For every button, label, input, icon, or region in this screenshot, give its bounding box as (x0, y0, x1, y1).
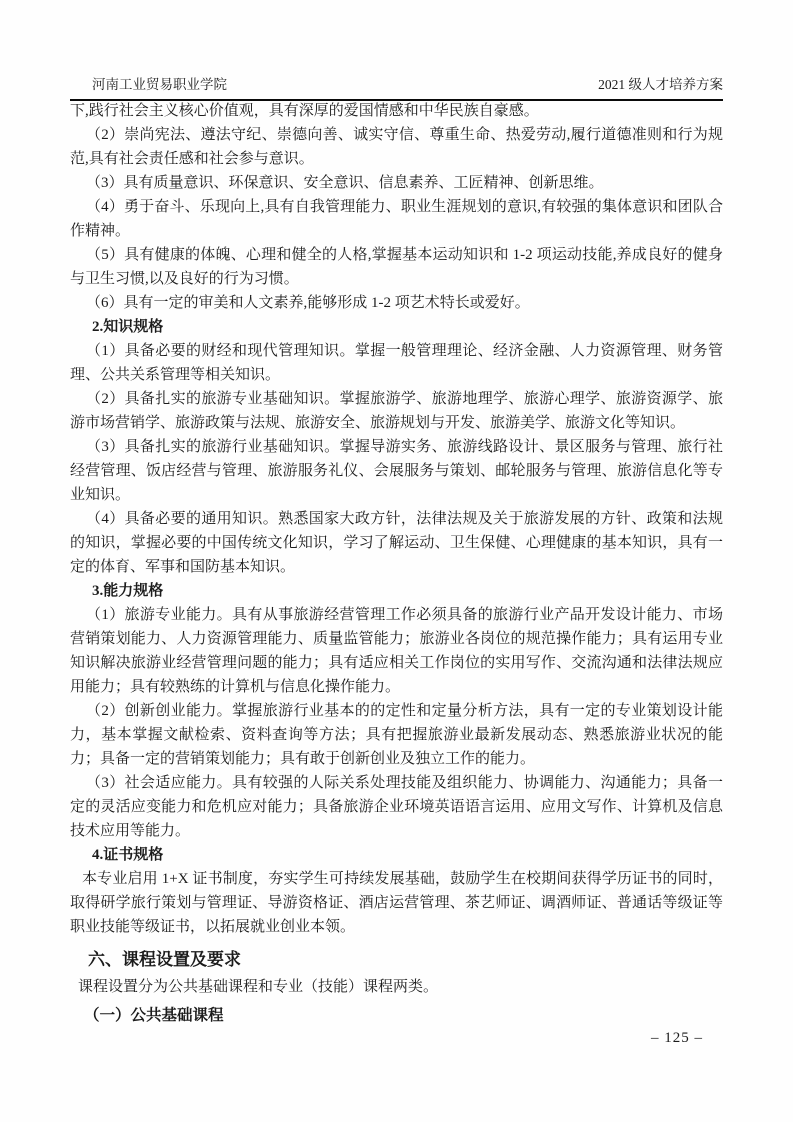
subsection-heading: 2.知识规格 (70, 315, 723, 339)
header-school-name: 河南工业贸易职业学院 (92, 73, 227, 93)
list-paragraph: （2）崇尚宪法、遵法守纪、崇德向善、诚实守信、尊重生命、热爱劳动,履行道德准则和… (70, 123, 723, 171)
list-paragraph: （3）社会适应能力。具有较强的人际关系处理技能及组织能力、协调能力、沟通能力；具… (70, 771, 723, 843)
list-paragraph: （3）具备扎实的旅游行业基础知识。掌握导游实务、旅游线路设计、景区服务与管理、旅… (70, 435, 723, 507)
list-paragraph: （3）具有质量意识、环保意识、安全意识、信息素养、工匠精神、创新思维。 (70, 171, 723, 195)
document-page: 河南工业贸易职业学院 2021 级人才培养方案 下,践行社会主义核心价值观，具有… (0, 0, 793, 1122)
page-number: – 125 – (651, 1030, 703, 1047)
subsection-heading: 3.能力规格 (70, 579, 723, 603)
list-paragraph: （6）具有一定的审美和人文素养,能够形成 1-2 项艺术特长或爱好。 (70, 291, 723, 315)
subsection-title: （一）公共基础课程 (70, 1004, 723, 1028)
list-paragraph: （1）具备必要的财经和现代管理知识。掌握一般管理理论、经济金融、人力资源管理、财… (70, 339, 723, 387)
list-paragraph: （1）旅游专业能力。具有从事旅游经营管理工作必须具备的旅游行业产品开发设计能力、… (70, 603, 723, 699)
header-doc-title: 2021 级人才培养方案 (598, 73, 723, 93)
body-paragraph: 本专业启用 1+X 证书制度，夯实学生可持续发展基础，鼓励学生在校期间获得学历证… (70, 867, 723, 939)
paragraph-continuation: 下,践行社会主义核心价值观，具有深厚的爱国情感和中华民族自豪感。 (70, 99, 723, 123)
list-paragraph: （4）勇于奋斗、乐现向上,具有自我管理能力、职业生涯规划的意识,有较强的集体意识… (70, 195, 723, 243)
list-paragraph: （2）创新创业能力。掌握旅游行业基本的的定性和定量分析方法，具有一定的专业策划设… (70, 699, 723, 771)
section-heading: 六、课程设置及要求 (70, 947, 723, 972)
list-paragraph: （5）具有健康的体魄、心理和健全的人格,掌握基本运动知识和 1-2 项运动技能,… (70, 243, 723, 291)
body-paragraph: 课程设置分为公共基础课程和专业（技能）课程两类。 (70, 975, 723, 999)
document-body: 下,践行社会主义核心价值观，具有深厚的爱国情感和中华民族自豪感。 （2）崇尚宪法… (70, 99, 723, 1028)
list-paragraph: （2）具备扎实的旅游专业基础知识。掌握旅游学、旅游地理学、旅游心理学、旅游资源学… (70, 387, 723, 435)
subsection-heading: 4.证书规格 (70, 843, 723, 867)
page-header: 河南工业贸易职业学院 2021 级人才培养方案 (70, 73, 723, 101)
list-paragraph: （4）具备必要的通用知识。熟悉国家大政方针，法律法规及关于旅游发展的方针、政策和… (70, 507, 723, 579)
